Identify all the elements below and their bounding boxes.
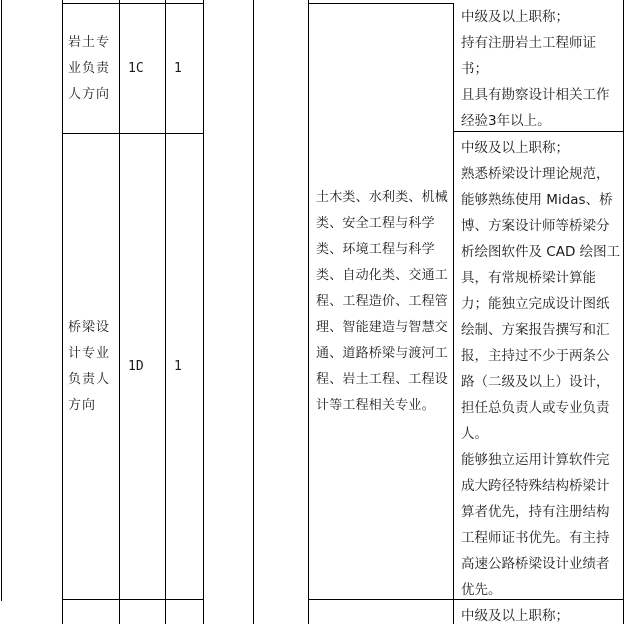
requirements-cell-row2: 中级及以上职称； 熟悉桥梁设计理论规范，能够熟练使用 Midas、桥博、方案设计… xyxy=(454,131,623,599)
code-cell-1c: 1C xyxy=(120,4,164,133)
direction-label: 桥梁设计专业负责人方向 xyxy=(68,315,113,419)
requirements-cell-row1: 中级及以上职称； 持有注册岩土工程师证书； 且具有勘察设计相关工作经验3年以上。 xyxy=(454,0,623,131)
code-label: 1D xyxy=(128,354,164,380)
document-page: 岩土专业负责人方向 1C 1 中级及以上职称； 持有注册岩土工程师证书； 且具有… xyxy=(0,0,626,624)
requirements-cell-row3-partial: 中级及以上职称； xyxy=(454,599,623,624)
headcount-cell-row1: 1 xyxy=(166,4,202,133)
table-outer-right-border xyxy=(623,0,624,624)
headcount-label: 1 xyxy=(174,56,202,82)
code-cell-1d: 1D xyxy=(120,134,164,599)
code-label: 1C xyxy=(128,56,164,82)
column-border-headcount-right xyxy=(203,0,204,624)
direction-label: 岩土专业负责人方向 xyxy=(68,30,113,108)
majors-cell-merged: 土木类、水利类、机械类、安全工程与科学类、环境工程与科学类、自动化类、交通工程、… xyxy=(309,4,453,599)
direction-cell-geotechnical: 岩土专业负责人方向 xyxy=(63,4,119,133)
headcount-label: 1 xyxy=(174,354,202,380)
direction-cell-bridge-design: 桥梁设计专业负责人方向 xyxy=(63,134,119,599)
row-divider-left-section-2 xyxy=(62,599,204,600)
majors-text: 土木类、水利类、机械类、安全工程与科学类、环境工程与科学类、自动化类、交通工程、… xyxy=(316,185,450,419)
table-outer-left-border xyxy=(1,0,2,601)
column-border-empty-middle xyxy=(253,0,254,624)
headcount-cell-row2: 1 xyxy=(166,134,202,599)
